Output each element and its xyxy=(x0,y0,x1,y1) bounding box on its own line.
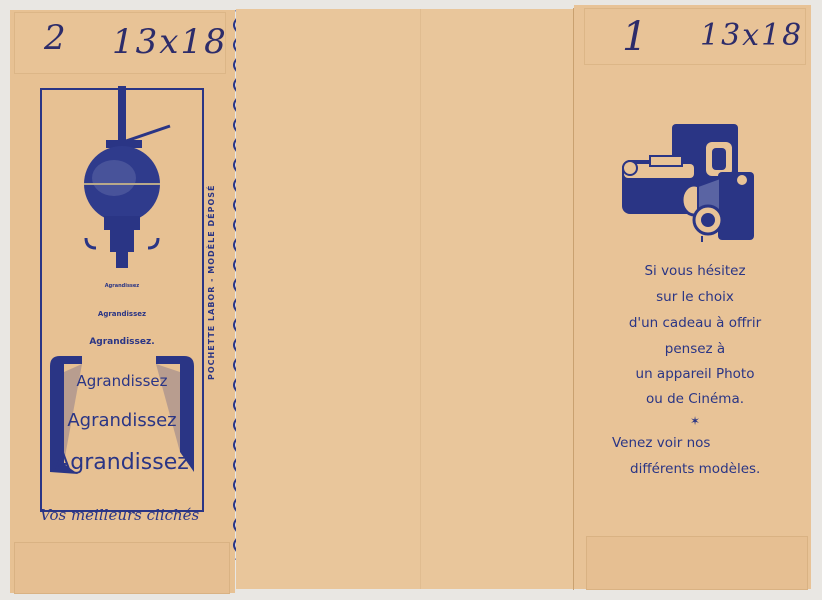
message-line-5: un appareil Photo xyxy=(595,361,795,387)
agrandissez-line-4: Agrandissez xyxy=(40,372,204,390)
message-line-4: pensez à xyxy=(595,336,795,362)
right-number-label: 1 xyxy=(622,14,647,60)
agrandissez-line-6: Agrandissez xyxy=(40,450,204,475)
message-line-2: sur le choix xyxy=(595,284,795,310)
message-line-1: Si vous hésitez xyxy=(595,258,795,284)
message-line-3: d'un cadeau à offrir xyxy=(595,310,795,336)
agrandissez-line-3: Agrandissez. xyxy=(40,337,204,347)
cameras-icon xyxy=(616,120,756,242)
center-fold-line xyxy=(420,9,421,589)
right-bottom-flap xyxy=(586,536,808,590)
left-bottom-flap xyxy=(14,542,230,594)
left-size-label: 13x18 xyxy=(112,22,228,62)
agrandissez-line-1: Agrandissez xyxy=(40,283,204,289)
agrandissez-line-5: Agrandissez xyxy=(40,410,204,431)
closing-line-1: Venez voir nos xyxy=(612,430,812,456)
right-fold-line xyxy=(573,8,574,590)
enlarger-lamp-icon xyxy=(78,86,174,270)
closing-line-2: différents modèles. xyxy=(630,456,822,482)
left-number-label: 2 xyxy=(44,18,66,58)
right-size-label: 13x18 xyxy=(700,18,803,53)
tagline: Vos meilleurs clichés xyxy=(40,506,199,524)
vertical-imprint: POCHETTE LABOR - MODÈLE DÉPOSÉ xyxy=(207,190,221,380)
agrandissez-line-2: Agrandissez xyxy=(40,310,204,318)
middle-envelope-panel xyxy=(236,9,574,589)
